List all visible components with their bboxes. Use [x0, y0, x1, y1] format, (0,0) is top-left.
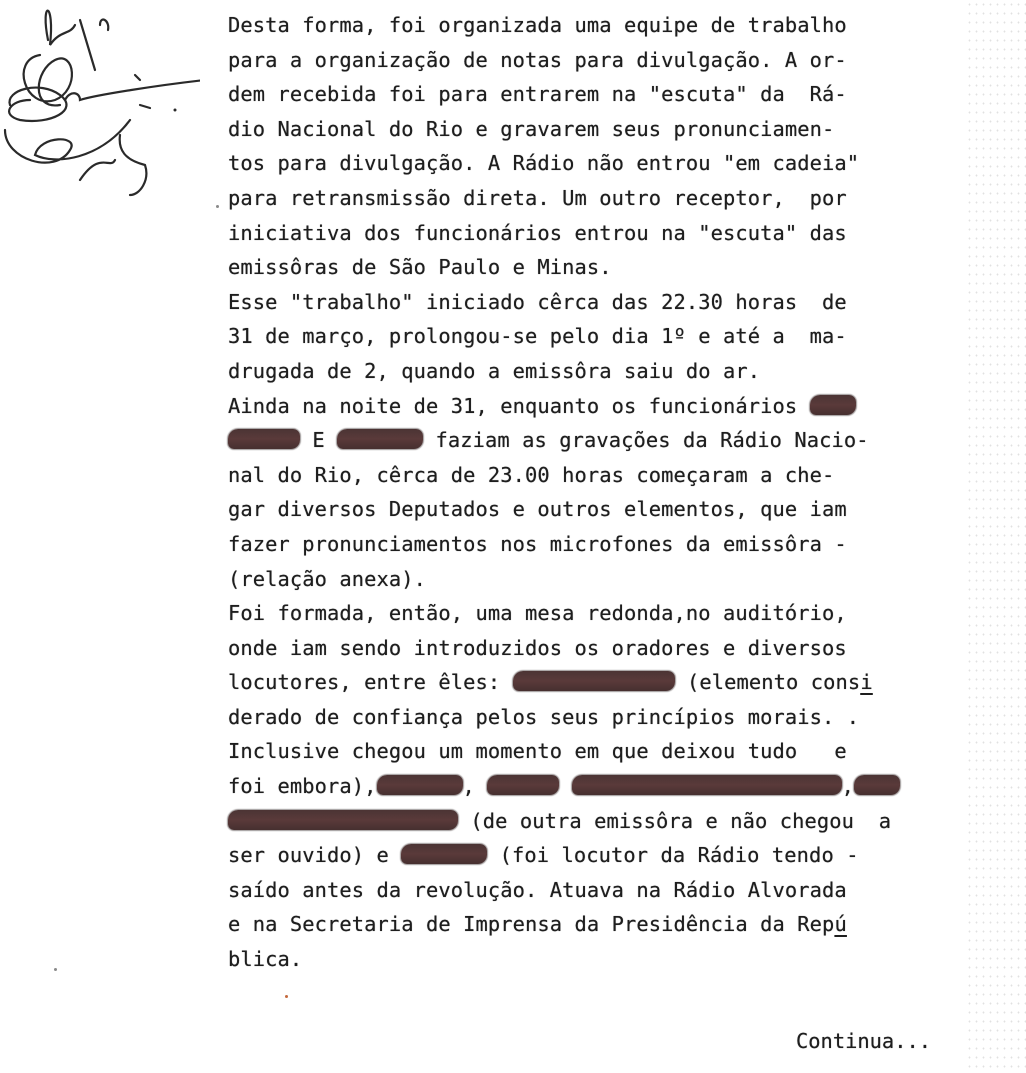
text-line: Inclusive chegou um momento em que deixo…	[228, 734, 958, 769]
text-run: (relação anexa).	[228, 567, 426, 591]
text-line: (de outra emissôra e não chegou a	[228, 804, 958, 839]
continued-footer: Continua...	[796, 1024, 931, 1058]
redaction-bar	[228, 810, 458, 830]
text-run: 31 de março, prolongou-se pelo dia 1º e …	[228, 324, 847, 348]
text-line: dem recebida foi para entrarem na "escut…	[228, 77, 958, 112]
text-run: e na Secretaria de Imprensa da Presidênc…	[228, 912, 834, 936]
text-line: para retransmissão direta. Um outro rece…	[228, 181, 958, 216]
text-line: ser ouvido) e (foi locutor da Rádio tend…	[228, 838, 958, 873]
scan-speck	[54, 968, 57, 971]
text-line: derado de confiança pelos seus princípio…	[228, 700, 958, 735]
text-run: Inclusive chegou um momento em que deixo…	[228, 739, 847, 763]
text-run: locutores, entre êles:	[228, 670, 513, 694]
redaction-bar	[377, 775, 463, 795]
text-run: dem recebida foi para entrarem na "escut…	[228, 82, 847, 106]
text-run: dio Nacional do Rio e gravarem seus pron…	[228, 117, 834, 141]
text-run: ,	[842, 774, 854, 798]
text-run: (foi locutor da Rádio tendo -	[487, 843, 858, 867]
typewritten-body: Desta forma, foi organizada uma equipe d…	[228, 8, 958, 977]
text-line: blica.	[228, 942, 958, 977]
text-line: locutores, entre êles: (elemento consi	[228, 665, 958, 700]
text-line: para a organização de notas para divulga…	[228, 43, 958, 78]
text-run: drugada de 2, quando a emissôra saiu do …	[228, 359, 760, 383]
scan-speck	[285, 995, 288, 998]
text-run: emissôras de São Paulo e Minas.	[228, 255, 612, 279]
text-line: Desta forma, foi organizada uma equipe d…	[228, 8, 958, 43]
text-run: fazer pronunciamentos nos microfones da …	[228, 532, 847, 556]
text-run: (elemento cons	[675, 670, 861, 694]
text-line: dio Nacional do Rio e gravarem seus pron…	[228, 112, 958, 147]
text-run: foi embora),	[228, 774, 377, 798]
redaction-bar	[401, 844, 487, 864]
text-run: nal do Rio, cêrca de 23.00 horas começar…	[228, 463, 834, 487]
text-line: e na Secretaria de Imprensa da Presidênc…	[228, 907, 958, 942]
text-run: Desta forma, foi organizada uma equipe d…	[228, 13, 847, 37]
redaction-bar	[810, 395, 856, 415]
text-run: iniciativa dos funcionários entrou na "e…	[228, 221, 847, 245]
text-run: gar diversos Deputados e outros elemento…	[228, 497, 847, 521]
text-line: Ainda na noite de 31, enquanto os funcio…	[228, 389, 958, 424]
scan-speck	[216, 205, 219, 208]
text-line: saído antes da revolução. Atuava na Rádi…	[228, 873, 958, 908]
text-run: Foi formada, então, uma mesa redonda,no …	[228, 601, 847, 625]
redaction-bar	[572, 775, 842, 795]
text-line: iniciativa dos funcionários entrou na "e…	[228, 216, 958, 251]
text-run: (de outra emissôra e não chegou a	[458, 809, 891, 833]
redaction-bar	[487, 775, 559, 795]
scan-noise	[966, 0, 1026, 1073]
text-line: E faziam as gravações da Rádio Nacio-	[228, 423, 958, 458]
redaction-bar	[337, 429, 423, 449]
text-line: 31 de março, prolongou-se pelo dia 1º e …	[228, 319, 958, 354]
text-run: derado de confiança pelos seus princípio…	[228, 705, 859, 729]
underlined-char: i	[860, 670, 872, 694]
text-run	[559, 774, 571, 798]
redaction-bar	[513, 671, 675, 691]
redaction-bar	[228, 429, 300, 449]
text-line: Esse "trabalho" iniciado cêrca das 22.30…	[228, 285, 958, 320]
underlined-char: ú	[834, 912, 846, 936]
text-line: emissôras de São Paulo e Minas.	[228, 250, 958, 285]
text-line: (relação anexa).	[228, 562, 958, 597]
text-run: para a organização de notas para divulga…	[228, 48, 847, 72]
text-line: tos para divulgação. A Rádio não entrou …	[228, 146, 958, 181]
text-line: foi embora),, ,	[228, 769, 958, 804]
text-line: fazer pronunciamentos nos microfones da …	[228, 527, 958, 562]
text-run: para retransmissão direta. Um outro rece…	[228, 186, 847, 210]
text-run: blica.	[228, 947, 302, 971]
handwritten-signature-icon	[0, 0, 200, 200]
text-run: Ainda na noite de 31, enquanto os funcio…	[228, 394, 810, 418]
text-line: drugada de 2, quando a emissôra saiu do …	[228, 354, 958, 389]
text-run: faziam as gravações da Rádio Nacio-	[423, 428, 869, 452]
text-run: onde iam sendo introduzidos os oradores …	[228, 636, 847, 660]
text-run: ser ouvido) e	[228, 843, 401, 867]
text-run: ,	[463, 774, 488, 798]
text-run: saído antes da revolução. Atuava na Rádi…	[228, 878, 847, 902]
text-line: onde iam sendo introduzidos os oradores …	[228, 631, 958, 666]
text-line: nal do Rio, cêrca de 23.00 horas começar…	[228, 458, 958, 493]
text-run: Esse "trabalho" iniciado cêrca das 22.30…	[228, 290, 847, 314]
redaction-bar	[854, 775, 900, 795]
text-line: gar diversos Deputados e outros elemento…	[228, 492, 958, 527]
text-line: Foi formada, então, uma mesa redonda,no …	[228, 596, 958, 631]
text-run: tos para divulgação. A Rádio não entrou …	[228, 151, 859, 175]
text-run: E	[300, 428, 337, 452]
